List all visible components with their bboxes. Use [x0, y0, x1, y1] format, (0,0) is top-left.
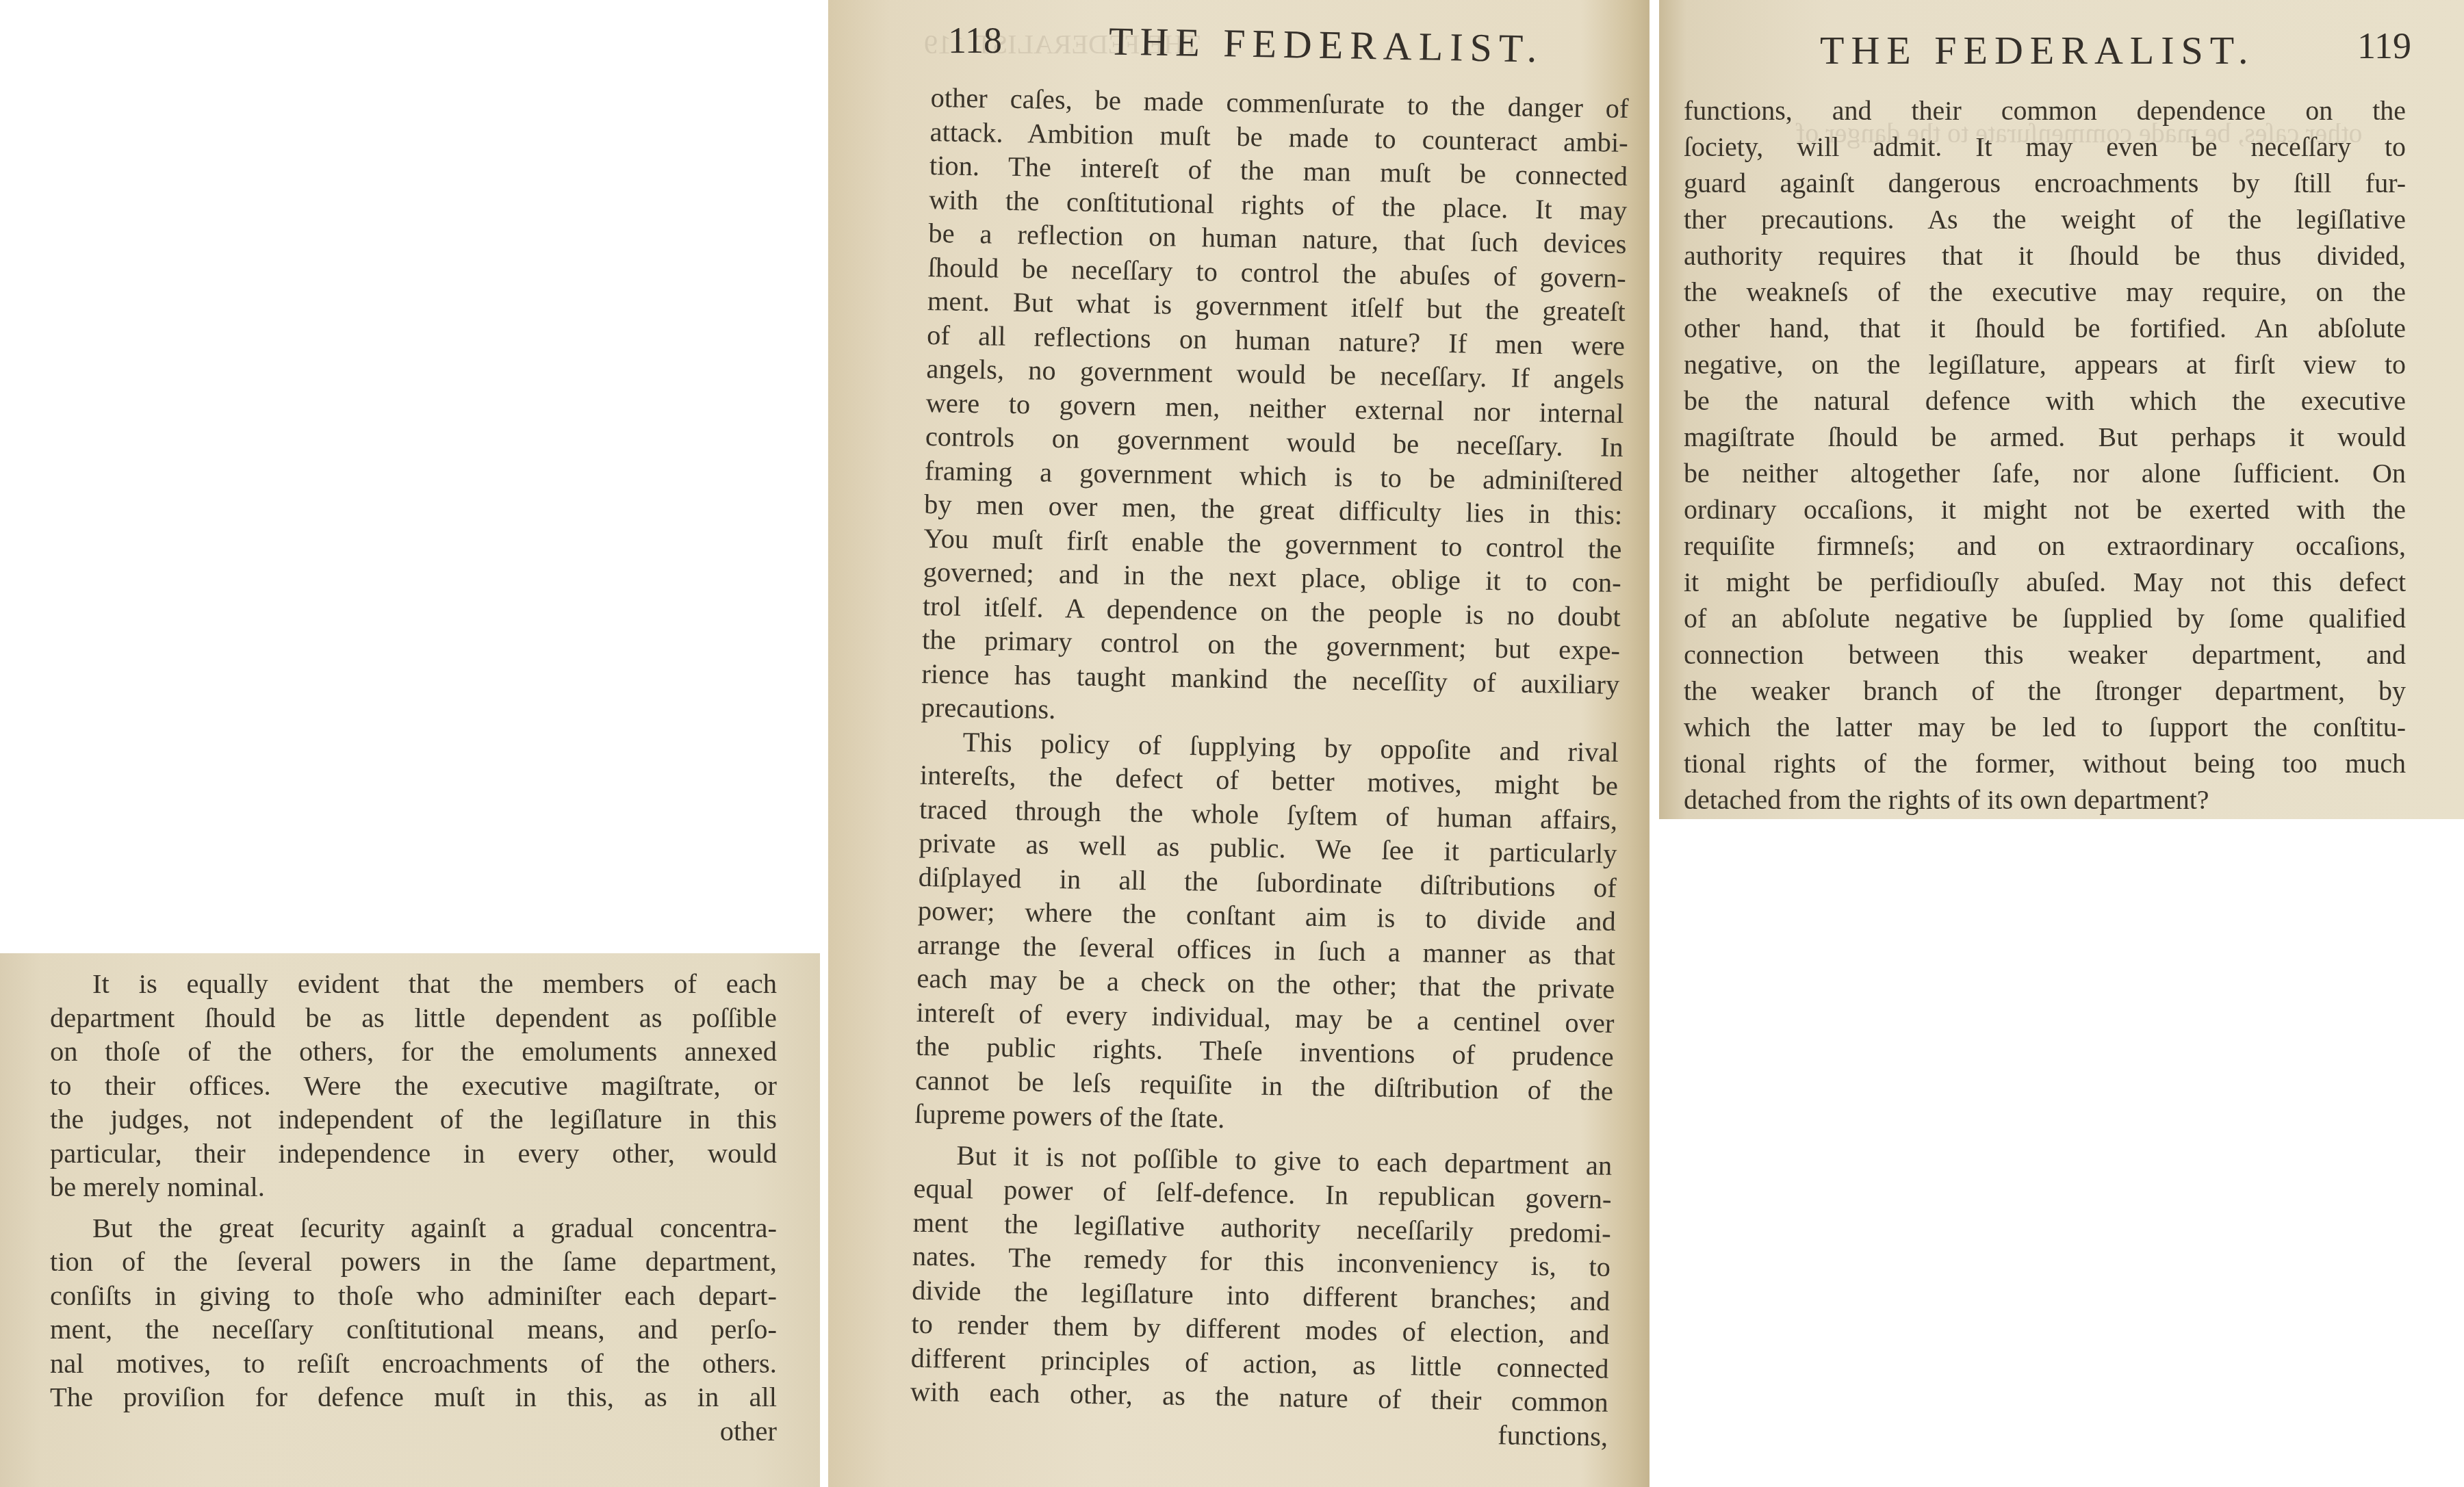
text-line: guard againſt dangerous encroachments by…	[1684, 165, 2406, 201]
text-line: ther precautions. As the weight of the l…	[1684, 201, 2406, 237]
text-line: the weakneſs of the executive may requir…	[1684, 274, 2406, 310]
paragraph: This policy of ſupplying by oppoſite and…	[914, 724, 1619, 1141]
page-number: 118	[948, 19, 1002, 62]
scan-page-119: other caſes, be made commenſurate to the…	[1659, 0, 2464, 819]
text-line: tional rights of the former, without bei…	[1684, 745, 2406, 781]
text-line: conſiſts in giving to thoſe who adminiſt…	[50, 1279, 777, 1313]
text-line: It is equally evident that the members o…	[50, 967, 777, 1001]
text-line: on thoſe of the others, for the emolumen…	[50, 1035, 777, 1069]
text-line: detached from the rights of its own depa…	[1684, 781, 2406, 818]
text-line: ordinary occaſions, it might not be exer…	[1684, 491, 2406, 528]
text-line: department ſhould be as little dependent…	[50, 1001, 777, 1035]
text-line: ment, the neceſſary conſtitutional means…	[50, 1313, 777, 1347]
page-number: 119	[2357, 25, 2411, 67]
text-line: the weaker branch of the ſtronger depart…	[1684, 673, 2406, 709]
text-line: which the latter may be led to ſupport t…	[1684, 709, 2406, 745]
text-line: particular, their independence in every …	[50, 1137, 777, 1171]
text-line: to their offices. Were the executive mag…	[50, 1069, 777, 1103]
text-block-right: functions, and their common dependence o…	[1684, 92, 2406, 818]
text-line: magiſtrate ſhould be armed. But perhaps …	[1684, 419, 2406, 455]
text-line: be the natural defence with which the ex…	[1684, 383, 2406, 419]
catchword: other	[50, 1414, 777, 1449]
running-head: THE FEDERALIST.	[1108, 18, 1544, 71]
text-line: other hand, that it ſhould be fortified.…	[1684, 310, 2406, 346]
paragraph: But the great ſecurity againſt a gradual…	[50, 1211, 777, 1414]
text-line: functions, and their common dependence o…	[1684, 92, 2406, 129]
text-line: requiſite firmneſs; and on extraordinary…	[1684, 528, 2406, 564]
running-head: THE FEDERALIST.	[1820, 27, 2255, 73]
text-block-middle: other caſes, be made commenſurate to the…	[910, 81, 1629, 1453]
text-line: The proviſion for defence muſt in this, …	[50, 1380, 777, 1414]
text-line: be merely nominal.	[50, 1170, 777, 1204]
text-line: negative, on the legiſlature, appears at…	[1684, 346, 2406, 383]
paragraph: other caſes, be made commenſurate to the…	[921, 81, 1629, 735]
scan-page-118: THE FEDERALIST. 119 118 THE FEDERALIST. …	[828, 0, 1650, 1487]
text-line: authority requires that it ſhould be thu…	[1684, 237, 2406, 274]
paragraph: functions, and their common dependence o…	[1684, 92, 2406, 818]
text-line: connection between this weaker departmen…	[1684, 636, 2406, 673]
text-block-left: It is equally evident that the members o…	[50, 967, 777, 1448]
paragraph: But it is not poſſible to give to each d…	[910, 1137, 1613, 1419]
text-line: be neither altogether ſafe, nor alone ſu…	[1684, 455, 2406, 491]
paragraph: It is equally evident that the members o…	[50, 967, 777, 1204]
text-line: ſociety, will admit. It may even be nece…	[1684, 129, 2406, 165]
text-line: But the great ſecurity againſt a gradual…	[50, 1211, 777, 1245]
scan-page-117-fragment: It is equally evident that the members o…	[0, 953, 820, 1487]
text-line: tion of the ſeveral powers in the ſame d…	[50, 1245, 777, 1279]
text-line: of an abſolute negative be ſupplied by ſ…	[1684, 600, 2406, 636]
text-line: the judges, not independent of the legiſ…	[50, 1102, 777, 1137]
text-line: it might be perfidiouſly abuſed. May not…	[1684, 564, 2406, 600]
text-line: nal motives, to reſiſt encroachments of …	[50, 1347, 777, 1381]
